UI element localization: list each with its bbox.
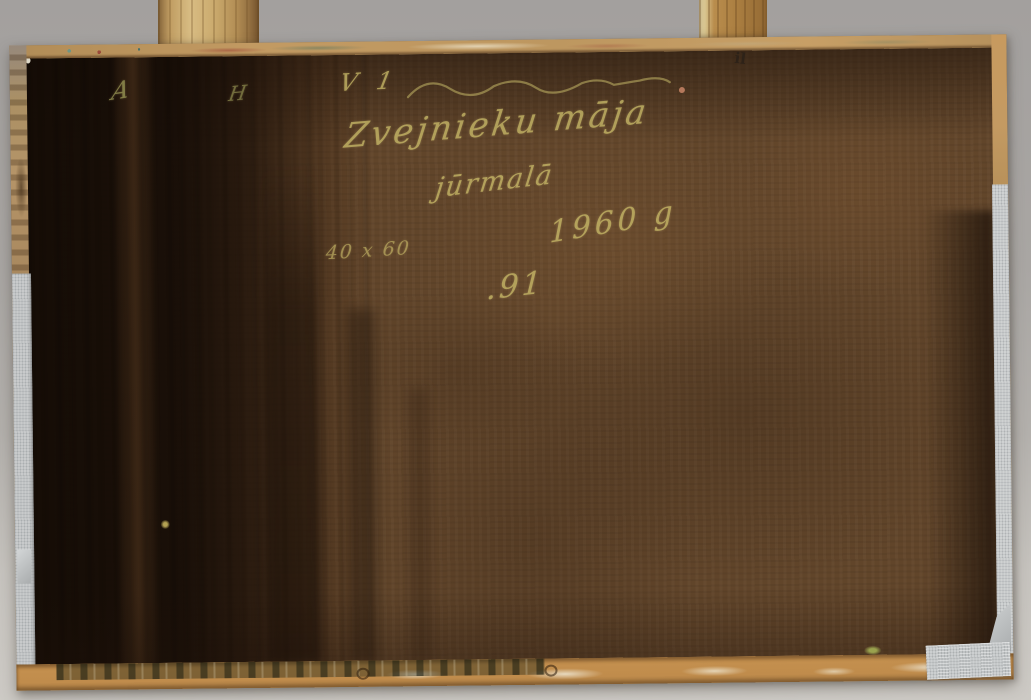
silver-tape-bottom-right-patch xyxy=(926,642,1011,680)
painting-board-reverse: A H V 1 Zvejnieku māja jūrmalā 1960 g 40… xyxy=(9,34,1013,690)
small-dark-mark: il xyxy=(733,49,747,68)
chalk-number-inscription: .91 xyxy=(485,264,545,307)
dark-vertical-streak xyxy=(263,163,323,664)
dark-left-band xyxy=(25,53,377,667)
photo-back-of-painting: A H V 1 Zvejnieku māja jūrmalā 1960 g 40… xyxy=(0,0,1031,700)
bottom-shading xyxy=(32,583,1000,666)
yellow-paint-speck xyxy=(161,520,170,529)
staple-mark xyxy=(356,668,369,680)
staple-mark xyxy=(544,664,557,676)
